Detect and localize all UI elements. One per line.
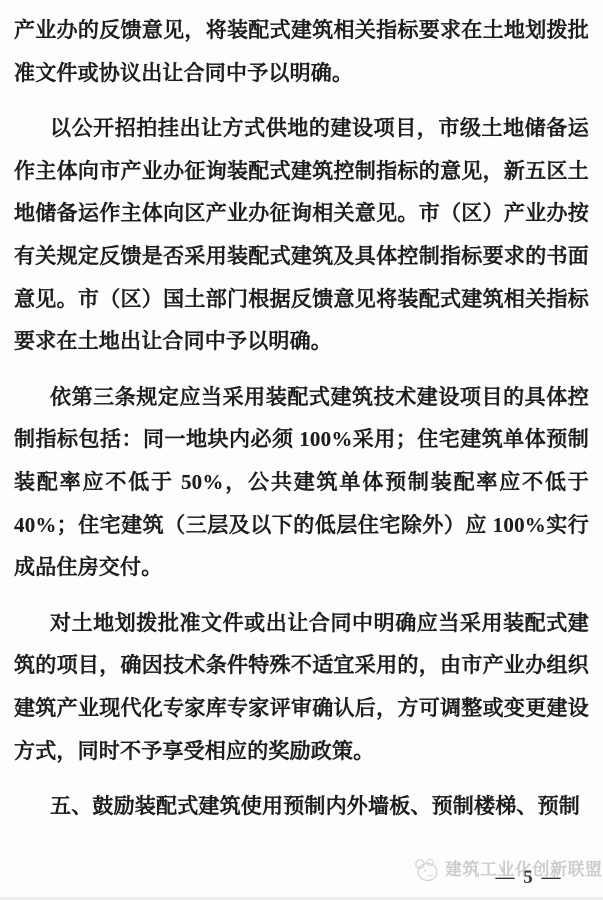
paragraph-control-indicators: 依第三条规定应当采用装配式建筑技术建设项目的具体控制指标包括：同一地块内必须 1… [14, 376, 589, 589]
paragraph-land-supply: 以公开招拍挂出让方式供地的建设项目，市级土地储备运作主体向市产业办征询装配式建筑… [14, 107, 589, 363]
panda-face-logo-icon [413, 857, 440, 883]
page-number: — 5 — [486, 865, 572, 891]
paragraph-item-five: 五、鼓励装配式建筑使用预制内外墙板、预制楼梯、预制 [14, 785, 589, 828]
document-page: 产业办的反馈意见，将装配式建筑相关指标要求在土地划拨批准文件或协议出让合同中予以… [0, 0, 603, 900]
paragraph-continuation: 产业办的反馈意见，将装配式建筑相关指标要求在土地划拨批准文件或协议出让合同中予以… [14, 9, 589, 94]
paragraph-adjustment-review: 对土地划拨批准文件或出让合同中明确应当采用装配式建筑的项目，确因技术条件特殊不适… [14, 602, 589, 772]
document-body: 产业办的反馈意见，将装配式建筑相关指标要求在土地划拨批准文件或协议出让合同中予以… [14, 9, 589, 828]
